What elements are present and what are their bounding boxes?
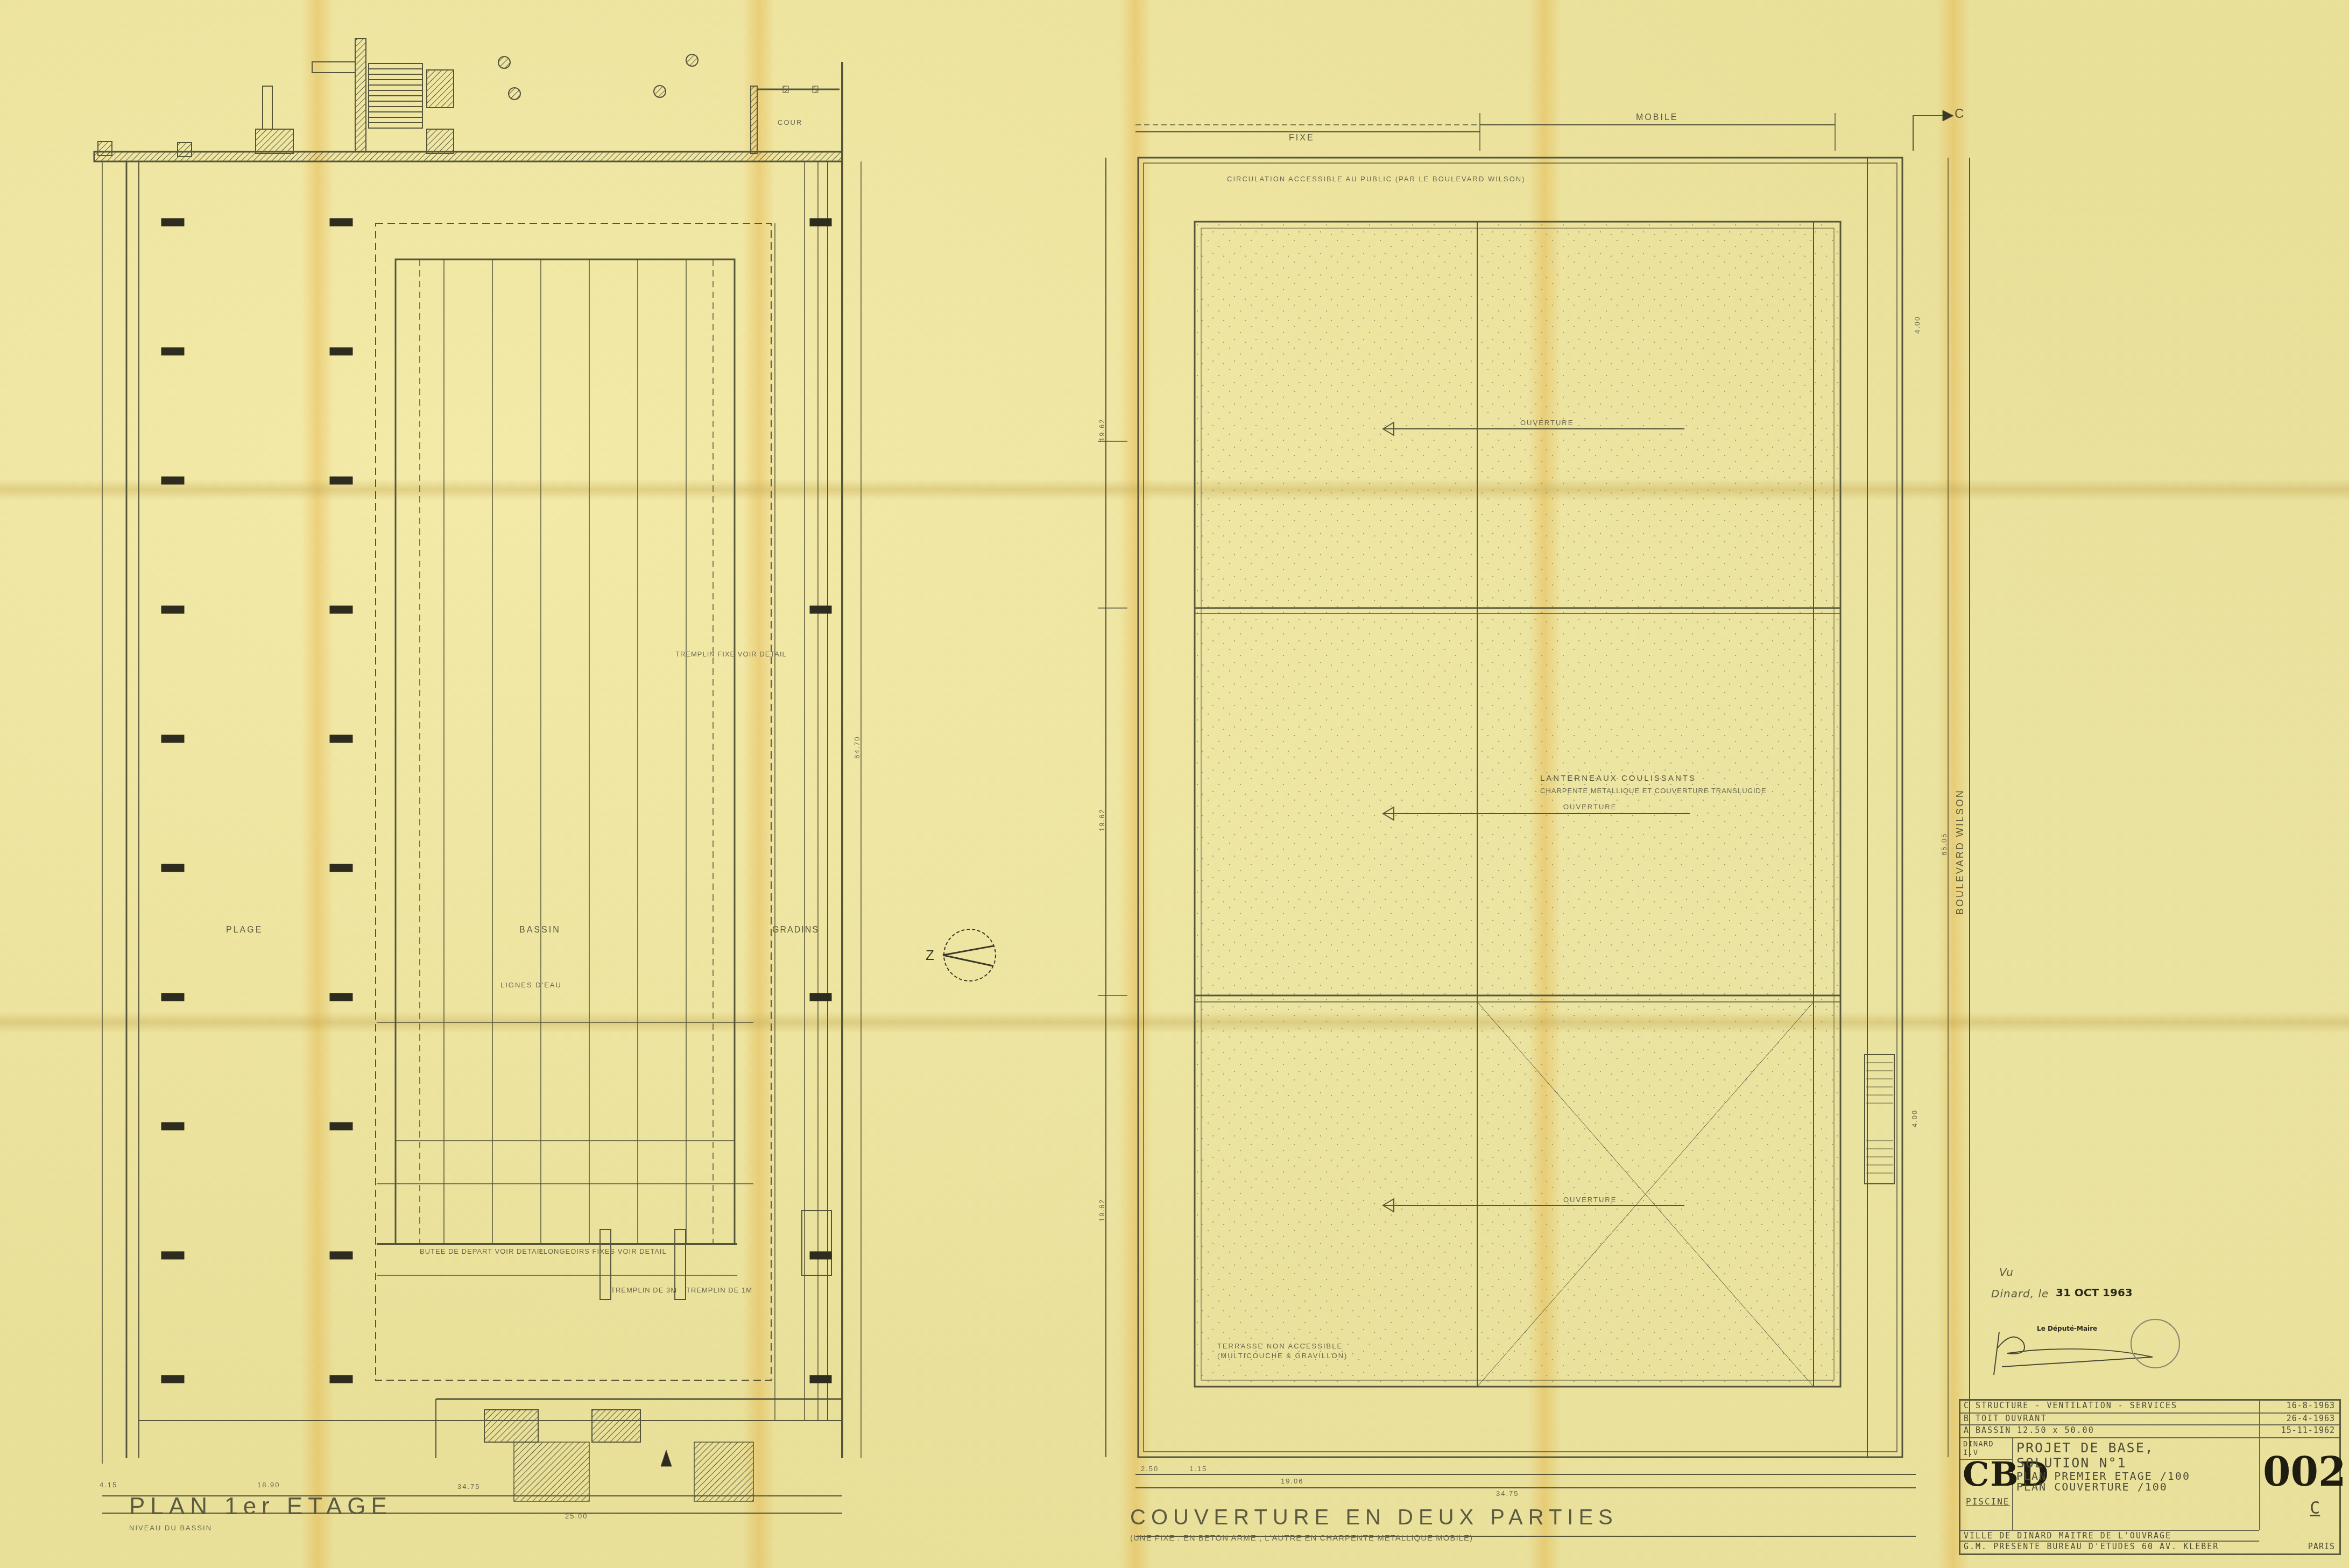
- revision-text: STRUCTURE - VENTILATION - SERVICES: [1976, 1401, 2177, 1410]
- terrasse-note: (MULTICOUCHE & GRAVILLON): [1217, 1352, 1348, 1360]
- ouverture-label: OUVERTURE: [1520, 419, 1574, 427]
- street-label: BOULEVARD WILSON: [1955, 789, 1966, 915]
- project-description: PROJET DE BASE, SOLUTION N°1 PLAN PREMIE…: [2016, 1440, 2242, 1492]
- lanterneaux-title: LANTERNEAUX COULISSANTS: [1540, 774, 1696, 783]
- courtyard-label: COUR: [778, 118, 802, 126]
- bureau-text: G.M. PRESENTE BUREAU D'ETUDES 60 AV. KLE…: [1964, 1542, 2219, 1551]
- detail-note: PLONGEOIRS FIXES VOIR DETAIL: [538, 1247, 667, 1255]
- north-arrow: [943, 929, 996, 981]
- dimension-label: 2.50: [1141, 1465, 1159, 1473]
- approval-role: Le Député-Maire: [2037, 1325, 2097, 1332]
- lanterneaux-subtitle: CHARPENTE METALLIQUE ET COUVERTURE TRANS…: [1540, 787, 1767, 795]
- zone-label-plage: PLAGE: [226, 926, 263, 935]
- owner-row: VILLE DE DINARD MAITRE DE L'OUVRAGE: [1960, 1530, 2259, 1542]
- terrasse-note: TERRASSE NON ACCESSIBLE: [1217, 1342, 1343, 1350]
- revision-text: BASSIN 12.50 x 50.00: [1976, 1425, 2094, 1435]
- right-plan-title: COUVERTURE EN DEUX PARTIES: [1130, 1506, 1618, 1530]
- lane-lines-label: LIGNES D'EAU: [500, 981, 562, 989]
- firm-cell: DINARD I.V CBD PISCINE: [1960, 1438, 2013, 1530]
- bureau-row: G.M. PRESENTE BUREAU D'ETUDES 60 AV. KLE…: [1960, 1542, 2339, 1555]
- dimension-label: 34.75: [457, 1482, 481, 1491]
- dimension-label: 65.05: [1940, 832, 1948, 856]
- bureau-city: PARIS: [2308, 1542, 2335, 1551]
- section-marker: C: [1955, 107, 1964, 122]
- dimension-label: 1.15: [1189, 1465, 1207, 1473]
- project-line: PLAN COUVERTURE /100: [2016, 1481, 2242, 1492]
- ouverture-label: OUVERTURE: [1563, 803, 1617, 811]
- right-plan-subtitle: (UNE FIXE : EN BETON ARME ; L'AUTRE EN C…: [1130, 1534, 1473, 1543]
- revision-text: TOIT OUVRANT: [1976, 1414, 2047, 1423]
- approval-date-stamp: 31 OCT 1963: [2056, 1286, 2133, 1299]
- dimension-label: 64.70: [853, 736, 861, 759]
- dimension-label: 4.00: [1913, 316, 1921, 334]
- fixe-label: FIXE: [1289, 133, 1315, 143]
- revision-letter: A: [1964, 1425, 1970, 1435]
- project-type: PISCINE: [1966, 1496, 2009, 1507]
- detail-note: TREMPLIN DE 3M: [611, 1286, 677, 1294]
- dimension-label: 34.75: [1496, 1489, 1519, 1498]
- mobile-label: MOBILE: [1636, 113, 1678, 123]
- detail-note: TREMPLIN FIXE VOIR DETAIL: [675, 650, 787, 658]
- circulation-note: CIRCULATION ACCESSIBLE AU PUBLIC (PAR LE…: [1227, 175, 1526, 183]
- north-arrow-letter: Z: [926, 947, 934, 964]
- approval-vu: Vu: [1999, 1266, 2013, 1279]
- project-line: PLAN PREMIER ETAGE /100: [2016, 1471, 2242, 1481]
- approval-place: Dinard, le: [1991, 1287, 2049, 1300]
- dimension-label: 18.90: [257, 1481, 280, 1489]
- sheet-number: 002: [2263, 1449, 2346, 1495]
- dimension-label: 4.00: [1910, 1110, 1918, 1127]
- revision-index: C: [2310, 1498, 2320, 1518]
- revision-letter: B: [1964, 1414, 1970, 1423]
- left-plan-subtitle: NIVEAU DU BASSIN: [129, 1524, 212, 1532]
- dimension-label: 19.06: [1281, 1477, 1304, 1485]
- detail-note: TREMPLIN DE 1M: [686, 1286, 752, 1294]
- title-block: C STRUCTURE - VENTILATION - SERVICES 16-…: [1959, 1399, 2341, 1555]
- right-plan: [1098, 110, 1970, 1536]
- dimension-label: 4.15: [100, 1481, 117, 1489]
- owner-text: VILLE DE DINARD MAITRE DE L'OUVRAGE: [1964, 1531, 2171, 1541]
- dimension-label: 19.62: [1098, 418, 1106, 441]
- drawing-linework: [0, 0, 2349, 1568]
- dimension-label: 19.62: [1098, 808, 1106, 831]
- dimension-label: 25.00: [565, 1512, 588, 1520]
- zone-label-gradins: GRADINS: [772, 926, 819, 935]
- detail-note: BUTEE DE DEPART VOIR DETAIL: [420, 1247, 544, 1255]
- sheet-number-cell: 002 C: [2259, 1401, 2341, 1530]
- ouverture-label: OUVERTURE: [1563, 1196, 1617, 1204]
- dimension-label: 19.62: [1098, 1198, 1106, 1221]
- zone-label-bassin: BASSIN: [519, 926, 561, 935]
- left-plan-title: PLAN 1er ETAGE: [129, 1493, 392, 1520]
- project-line: PROJET DE BASE,: [2016, 1440, 2242, 1456]
- project-line: SOLUTION N°1: [2016, 1456, 2242, 1471]
- revision-letter: C: [1964, 1401, 1970, 1410]
